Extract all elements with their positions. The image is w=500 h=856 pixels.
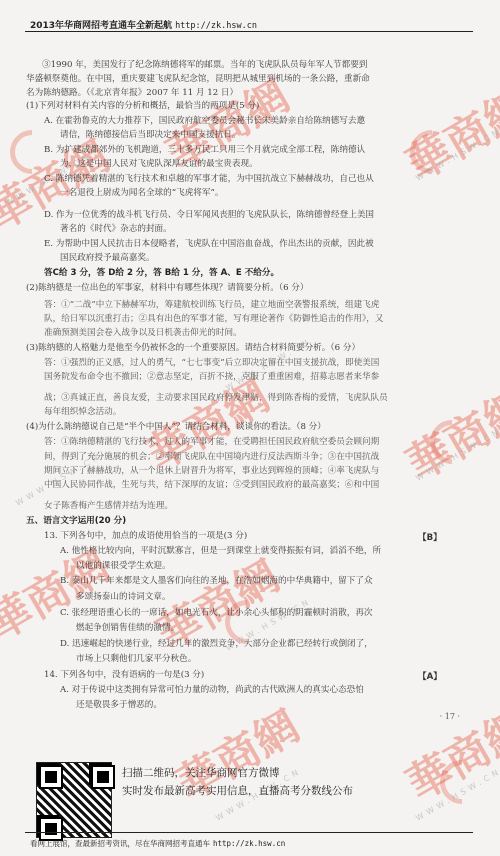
page-number: · 17 · xyxy=(440,712,460,721)
question-stem: (1)下列对材料有关内容的分析和概括，最恰当的两项是(5 分) xyxy=(26,101,259,112)
option-a: A. 对于传说中这类拥有异常可怕力量的动物，尚武的古代欧洲人的真实心态恐怕 xyxy=(60,685,364,696)
option-d-cont: 著名的《时代》杂志的封面。 xyxy=(60,224,172,235)
answer-line: 答：①陈纳德精湛的飞行技术，过人的军事才能，在受聘担任国民政府航空委员会顾问期 xyxy=(44,437,379,448)
answer-line: 每年组织悼念活动。 xyxy=(44,407,121,418)
option-a: A. 在霍勃鲁克的大力推荐下，国民政府航空委员会秘书长宋美龄亲自给陈纳德写去邀 xyxy=(44,116,365,127)
option-e: E. 为帮助中国人民抗击日本侵略者，飞虎队在中国浴血奋战，作出杰出的贡献，因此被 xyxy=(44,239,374,250)
page-header: 2013年华商网招考直通车全新起航http://zk.hsw.cn xyxy=(30,18,257,31)
qr-code-icon[interactable] xyxy=(36,762,112,838)
option-c-cont: 一名退役上尉成为闻名全球的“飞虎将军”。 xyxy=(60,188,223,199)
section-title: 五、语言文字运用(20 分) xyxy=(26,516,126,527)
promo-line-1: 扫描二维码，关注华商网官方微博 xyxy=(122,765,280,780)
option-b: B. 泰山几千年来都是文人墨客们向往的圣地，在浩如烟海的中华典籍中，留下了众 xyxy=(60,576,373,587)
qr-finder-icon xyxy=(41,819,61,839)
passage-line: ③1990 年，美国发行了纪念陈纳德将军的邮票。当年的飞虎队队员每年军人节都要到 xyxy=(42,60,367,71)
option-b-cont: 多颂扬泰山的诗词文章。 xyxy=(76,592,171,603)
answer-line: 答：①强烈的正义感，过人的勇气，“七七事变”后立即决定留在中国支援抗战，即使美国 xyxy=(44,358,379,369)
answer-line: 女子陈香梅产生感情并结为连理。 xyxy=(44,501,173,512)
question-stem: 13. 下列各句中，加点的成语使用恰当的一项是(3 分) xyxy=(44,531,247,542)
option-b: B. 为扩建成都郊外的飞机跑道，三十多万民工只用三个月就完成全部工程，陈纳德认 xyxy=(44,145,365,156)
header-url[interactable]: http://zk.hsw.cn xyxy=(175,21,257,31)
question-stem: (4)为什么陈纳德说自己是“半个中国人”？请结合材料，谈谈你的看法。（8 分） xyxy=(26,422,326,433)
answer-line: 间，得到了充分施展的机会；②率领飞虎队在中国境内进行反法西斯斗争；③在中国抗战 xyxy=(44,452,379,463)
page-footer: 看网上展馆，查最新招考资讯，尽在华商网招考直通车http://zk.hsw.cn xyxy=(30,838,285,849)
exam-page: 華商網 華商網 華商網 華商網 華商網 華商網 華商網 華商網 華商網 WWW.… xyxy=(0,0,500,856)
answer-marker: 【A】 xyxy=(418,670,442,682)
answer-line: 准确预测美国会卷入战争以及日机袭击仰光的时间。 xyxy=(44,328,242,339)
option-b-cont: 为，这是中国人民对飞虎队深厚友谊的最宝贵表现。 xyxy=(60,159,258,170)
question-stem: 14. 下列各句中，没有语病的一句是(3 分) xyxy=(44,670,204,681)
question-stem: (2)陈纳德是一位出色的军事家，材料中有哪些体现？请简要分析。（6 分） xyxy=(26,283,308,294)
answer-line: 中国人民协同作战，生死与共，结下深厚的友谊；⑤受到国民政府的最高嘉奖；⑥和中国 xyxy=(44,480,379,491)
option-a-cont: 请信，陈纳德接信后当即决定来中国支援抗日。 xyxy=(60,130,240,141)
answer-line: 队，给日军以沉重打击；②具有出色的军事才能，写有理论著作《防御性追击的作用》，又 xyxy=(44,314,383,325)
question-stem: (3)陈纳德的人格魅力是他至今仍被怀念的一个重要原因。请结合材料简要分析。（6 … xyxy=(26,343,360,354)
option-a: A. 他性格比较内向，平时沉默寡言，但是一到课堂上就变得振振有词，滔滔不绝，所 xyxy=(60,546,381,557)
option-c: C. 张经理语重心长的一席话，如电光石火，让小余心头郁积的阴霾顿时消散，再次 xyxy=(60,608,373,619)
option-d-cont: 市场上只剩他们几家平分秋色。 xyxy=(76,654,196,665)
option-c-cont: 燃起争创销售佳绩的激情。 xyxy=(76,623,179,634)
qr-finder-icon xyxy=(93,767,113,787)
passage-line: 华盛顿祭奠他。在中国，重庆要建飞虎队纪念馆，昆明把从城里到机场的一条公路，重新命 xyxy=(26,74,370,85)
footer-url[interactable]: http://zk.hsw.cn xyxy=(213,839,285,848)
watermark-brand: 華商網 xyxy=(393,71,500,192)
promo-line-2: 实时发布最新高考实用信息，直播高考分数线公布 xyxy=(122,783,353,798)
answer-line: 答：①“二战”中立下赫赫军功，筹建航校训练飞行员，建立地面空袭警报系统，组建飞虎 xyxy=(44,300,379,311)
option-d: D. 迅速崛起的快递行业，经过几年的激烈竞争，大部分企业都已经转行或倒闭了， xyxy=(60,639,373,650)
answer-line: 国务院发布命令也不撤回；②意志坚定，百折不挠，克服了重重困难，招募志愿者来华参 xyxy=(44,372,379,383)
footer-text: 看网上展馆，查最新招考资讯，尽在华商网招考直通车 xyxy=(30,839,210,848)
qr-finder-icon xyxy=(41,767,61,787)
passage-line: 名为陈纳德路。（《北京青年报》2007 年 11 月 12 日） xyxy=(26,88,238,99)
option-e-cont: 国民政府授予最高嘉奖。 xyxy=(60,253,155,264)
header-title: 2013年华商网招考直通车全新起航 xyxy=(30,21,172,31)
option-a-cont: 还是敬畏多于憎恶的。 xyxy=(76,700,162,711)
option-a-cont: 以他的课很受学生欢迎。 xyxy=(76,561,171,572)
footer-divider xyxy=(25,832,473,833)
option-c: C. 陈纳德凭着精湛的飞行技术和卓越的军事才能，为中国抗战立下赫赫战功，自己也从 xyxy=(44,174,374,185)
answer-marker: 【B】 xyxy=(418,531,442,543)
q1-answer: 答C给 3 分，答 D给 2 分，答 B给 1 分，答 A、E 不给分。 xyxy=(44,268,279,279)
answer-line: 期间立下了赫赫战功，从一个退休上尉晋升为将军，事业达到辉煌的顶峰；④率飞虎队与 xyxy=(44,466,379,477)
answer-line: 战；③真诚正直，善良友爱，主动要求国民政府停发津贴，得到陈香梅的爱情，飞虎队队员 xyxy=(44,393,388,404)
header-divider xyxy=(25,31,473,32)
option-d: D. 作为一位优秀的战斗机飞行员、令日军闻风丧胆的飞虎队队长，陈纳德曾经登上美国 xyxy=(44,210,374,221)
